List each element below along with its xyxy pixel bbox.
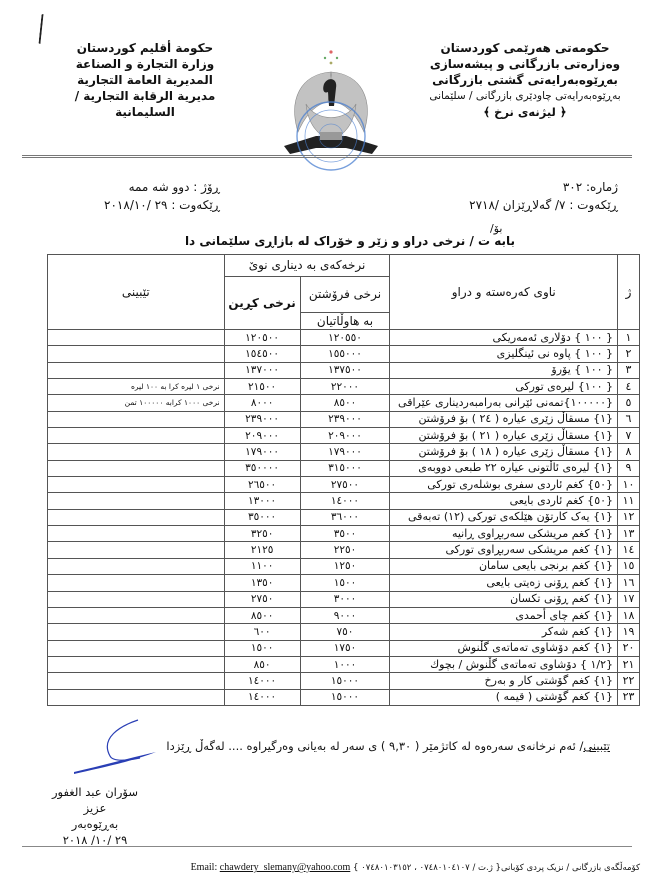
price-table: ژ ناوی کەرەستە و دراو نرخەکەی بە دیناری … (47, 254, 640, 706)
row-note (48, 689, 225, 705)
item-name: { ١٠٠ } یۆرۆ (390, 362, 618, 378)
header-kurdish: حکومەتی هەرێمی کوردستان وەزارەتی بازرگان… (410, 40, 640, 120)
row-number: ١٤ (618, 542, 640, 558)
sell-price: ٢٢٥٠ (300, 542, 390, 558)
footnote-label: تێبینی (583, 739, 610, 753)
row-note (48, 640, 225, 656)
document-subject: بابە ت / نرخی دراو و زێر و خۆراک لە بازا… (150, 234, 550, 248)
row-note (48, 362, 225, 378)
row-note (48, 591, 225, 607)
row-number: ١٦ (618, 575, 640, 591)
item-name: { ١٠٠ } پاوە نی ئینگلیزی (390, 346, 618, 362)
row-number: ٦ (618, 411, 640, 427)
row-number: ٣ (618, 362, 640, 378)
row-note (48, 558, 225, 574)
table-row: ١٣{١} کغم مریشکی سەربڕاوی ڕانیە٣٥٠٠٣٢٥٠ (48, 526, 640, 542)
row-note (48, 607, 225, 623)
row-number: ٢ (618, 346, 640, 362)
header-arabic-line: المديرية العامة التجارية (50, 72, 240, 88)
item-name: {٥٠} کغم ئاردی بایعی (390, 493, 618, 509)
header-arabic-line: حكومة أقليم كوردستان (50, 40, 240, 56)
item-name: {١} کغم برنجی بایعی سامان (390, 558, 618, 574)
sell-price: ٣٥٠٠ (300, 526, 390, 542)
table-row: ٨{١} مسقاڵ زێری عیارە ( ١٨ ) بۆ فرۆشتن١٧… (48, 444, 640, 460)
sell-price: ٣٦٠٠٠ (300, 509, 390, 525)
sell-price: ٢٧٥٠٠ (300, 477, 390, 493)
handwritten-mark (38, 14, 44, 44)
table-row: ٢١{١/٢ } دۆشاوی تەماتەی گڵنوش / بچوك١٠٠٠… (48, 656, 640, 672)
row-number: ٧ (618, 428, 640, 444)
row-number: ١١ (618, 493, 640, 509)
table-row: ١{ ١٠٠ } دۆلاری ئەمەریکی١٢٠٥٥٠١٢٠٥٠٠ (48, 330, 640, 346)
col-header-buy: نرخی کڕین (224, 277, 300, 330)
table-row: ١٧{١} کغم ڕۆنی تکسان٣٠٠٠٢٧٥٠ (48, 591, 640, 607)
price-committee-title: ﴿ لیژنەی نرخ ﴾ (410, 104, 640, 120)
item-name: {١} کغم دۆشاوی تەماتەی گڵنوش (390, 640, 618, 656)
row-number: ١٨ (618, 607, 640, 623)
item-name: {١} کغم چای أحمدی (390, 607, 618, 623)
table-row: ١٥{١} کغم برنجی بایعی سامان١٢٥٠١١٠٠ (48, 558, 640, 574)
buy-price: ٣٥٠٠٠ (224, 509, 300, 525)
row-note (48, 411, 225, 427)
row-note (48, 330, 225, 346)
row-number: ٢٠ (618, 640, 640, 656)
sell-price: ١٥٠٠٠ (300, 689, 390, 705)
sell-price: ١٧٥٠ (300, 640, 390, 656)
row-number: ١٠ (618, 477, 640, 493)
footer-address: کۆمەڵگەی بازرگانی / نزیک پردی کۆبانی{ ژ.… (353, 863, 640, 873)
buy-price: ٢٣٩٠٠٠ (224, 411, 300, 427)
table-row: ٧{١} مسقاڵ زێری عیارە ( ٢١ ) بۆ فرۆشتن٢٠… (48, 428, 640, 444)
row-number: ١٧ (618, 591, 640, 607)
sell-price: ١٣٧٥٠٠ (300, 362, 390, 378)
sell-price: ٢٢٠٠٠ (300, 379, 390, 395)
item-name: {١} مسقاڵ زێری عیارە ( ٢٤ ) بۆ فرۆشتن (390, 411, 618, 427)
row-note (48, 477, 225, 493)
document-number: ژمارە: ٣٠٢ (469, 178, 618, 196)
email-link[interactable]: chawdery_slemany@yahoo.com (220, 862, 351, 873)
document-reference: ژمارە: ٣٠٢ ڕێکەوت : ٧/ گەلاڕێزان /٢٧١٨ (469, 178, 618, 214)
signer-title: بەڕێوەبەر (40, 816, 150, 832)
sell-price: ٢٠٩٠٠٠ (300, 428, 390, 444)
header-kurdish-line: بەڕێوەبەرایەتی چاودێری بازرگانی / سلێمان… (410, 88, 640, 104)
footnote: تێبینی/ ئەم نرخانەی سەرەوە لە کاتژمێر ( … (120, 739, 610, 753)
sell-price: ١٢٥٠ (300, 558, 390, 574)
item-name: {١/٢ } دۆشاوی تەماتەی گڵنوش / بچوك (390, 656, 618, 672)
table-row: ٢٠{١} کغم دۆشاوی تەماتەی گڵنوش١٧٥٠١٥٠٠ (48, 640, 640, 656)
row-number: ٢٣ (618, 689, 640, 705)
table-row: ١٨{١} کغم چای أحمدی٩٠٠٠٨٥٠٠ (48, 607, 640, 623)
sell-price: ٨٥٠٠ (300, 395, 390, 411)
item-name: {١} مسقاڵ زێری عیارە ( ١٨ ) بۆ فرۆشتن (390, 444, 618, 460)
buy-price: ٢٠٩٠٠٠ (224, 428, 300, 444)
row-note: نرخی ١ لیرە کرا بە ١٠٠ لیرە (48, 379, 225, 395)
footer-divider (22, 846, 632, 847)
table-row: ١٢{١} یەک کارتۆن هێلکەی تورکی (١٢) تەبەق… (48, 509, 640, 525)
row-note (48, 624, 225, 640)
item-name: {١} کغم مریشکی سەربڕاوی تورکی (390, 542, 618, 558)
header-arabic-line: وزارة التجارة و الصناعة (50, 56, 240, 72)
table-row: ١٩{١} کغم شەکر٧٥٠٦٠٠ (48, 624, 640, 640)
col-header-name: ناوی کەرەستە و دراو (390, 255, 618, 330)
email-label: Email: (191, 862, 218, 873)
table-row: ٩{١} لیرەی ئاڵتونی عیارە ٢٢ طبعی دووبەی٣… (48, 460, 640, 476)
buy-price: ١٥٤٥٠٠ (224, 346, 300, 362)
sell-price: ٣١٥٠٠٠ (300, 460, 390, 476)
table-row: ١٠{٥٠} کغم ئاردی سفری بوشلەری تورکی٢٧٥٠٠… (48, 477, 640, 493)
sell-price: ٢٣٩٠٠٠ (300, 411, 390, 427)
sell-price: ١٥٥٠٠٠ (300, 346, 390, 362)
header-kurdish-line: بەڕێوەبەرایەتی گشتی بازرگانی (410, 72, 640, 88)
row-number: ٤ (618, 379, 640, 395)
row-number: ١ (618, 330, 640, 346)
buy-price: ١٢٠٥٠٠ (224, 330, 300, 346)
row-number: ٨ (618, 444, 640, 460)
table-row: ٣{ ١٠٠ } یۆرۆ١٣٧٥٠٠١٣٧٠٠٠ (48, 362, 640, 378)
item-name: {١} کغم مریشکی سەربڕاوی ڕانیە (390, 526, 618, 542)
document-day: ڕۆژ : دوو شە ممە (70, 178, 220, 196)
item-name: {٥٠} کغم ئاردی سفری بوشلەری تورکی (390, 477, 618, 493)
sell-price: ٣٠٠٠ (300, 591, 390, 607)
item-name: {١} مسقاڵ زێری عیارە ( ٢١ ) بۆ فرۆشتن (390, 428, 618, 444)
row-note (48, 673, 225, 689)
row-note (48, 346, 225, 362)
buy-price: ١١٠٠ (224, 558, 300, 574)
row-note (48, 428, 225, 444)
header-arabic-line: مديرية الرقابة التجارية / السليمانية (50, 88, 240, 120)
row-note (48, 460, 225, 476)
buy-price: ١٧٩٠٠٠ (224, 444, 300, 460)
buy-price: ١٤٠٠٠ (224, 689, 300, 705)
item-name: {١} لیرەی ئاڵتونی عیارە ٢٢ طبعی دووبەی (390, 460, 618, 476)
sell-price: ١٥٠٠ (300, 575, 390, 591)
signer-name: سۆران عبد الغفور عزیز (40, 784, 150, 816)
row-note: نرخی ١٠٠٠ کرابە ١٠٠٠٠٠ تمن (48, 395, 225, 411)
buy-price: ٨٥٠٠ (224, 607, 300, 623)
sell-price: ١٤٠٠٠ (300, 493, 390, 509)
col-header-sell-sub: بە هاوڵاتیان (300, 313, 390, 330)
buy-price: ٣٥٠٠٠٠ (224, 460, 300, 476)
row-note (48, 542, 225, 558)
signer-block: سۆران عبد الغفور عزیز بەڕێوەبەر ٢٩ /١٠/ … (40, 784, 150, 848)
item-name: {١} یەک کارتۆن هێلکەی تورکی (١٢) تەبەقی (390, 509, 618, 525)
sell-price: ١٠٠٠ (300, 656, 390, 672)
buy-price: ٢٦٥٠٠ (224, 477, 300, 493)
buy-price: ١٣٥٠ (224, 575, 300, 591)
sell-price: ٩٠٠٠ (300, 607, 390, 623)
col-header-note: تێبینی (48, 255, 225, 330)
buy-price: ٣٢٥٠ (224, 526, 300, 542)
item-name: {١} کغم گۆشتی کار و بەرخ (390, 673, 618, 689)
table-row: ٦{١} مسقاڵ زێری عیارە ( ٢٤ ) بۆ فرۆشتن٢٣… (48, 411, 640, 427)
row-note (48, 509, 225, 525)
buy-price: ١٤٠٠٠ (224, 673, 300, 689)
table-row: ٢٣{١} کغم گۆشتی ( قیمە )١٥٠٠٠١٤٠٠٠ (48, 689, 640, 705)
buy-price: ١٣٧٠٠٠ (224, 362, 300, 378)
item-name: { ١٠٠ } دۆلاری ئەمەریکی (390, 330, 618, 346)
header-kurdish-line: وەزارەتی بازرگانی و پیشەسازی (410, 56, 640, 72)
table-row: ٤{ ١٠٠} لیرەی تورکی٢٢٠٠٠٢١٥٠٠نرخی ١ لیرە… (48, 379, 640, 395)
item-name: {١} کغم ڕۆنی تکسان (390, 591, 618, 607)
buy-price: ١٣٠٠٠ (224, 493, 300, 509)
row-note (48, 493, 225, 509)
sell-price: ٧٥٠ (300, 624, 390, 640)
footer-email-block: Email: chawdery_slemany@yahoo.com (191, 862, 351, 873)
item-name: { ١٠٠} لیرەی تورکی (390, 379, 618, 395)
buy-price: ٢١٢٥ (224, 542, 300, 558)
table-row: ١٦{١} کغم ڕۆنی زەیتی بایعی١٥٠٠١٣٥٠ (48, 575, 640, 591)
row-number: ٢٢ (618, 673, 640, 689)
sell-price: ١٥٠٠٠ (300, 673, 390, 689)
buy-price: ٨٥٠ (224, 656, 300, 672)
document-date-kurdish: ڕێکەوت : ٧/ گەلاڕێزان /٢٧١٨ (469, 196, 618, 214)
table-row: ١١{٥٠} کغم ئاردی بایعی١٤٠٠٠١٣٠٠٠ (48, 493, 640, 509)
row-number: ٩ (618, 460, 640, 476)
row-number: ٥ (618, 395, 640, 411)
item-name: {١} کغم گۆشتی ( قیمە ) (390, 689, 618, 705)
table-row: ٢{ ١٠٠ } پاوە نی ئینگلیزی١٥٥٠٠٠١٥٤٥٠٠ (48, 346, 640, 362)
row-number: ١٢ (618, 509, 640, 525)
table-row: ١٤{١} کغم مریشکی سەربڕاوی تورکی٢٢٥٠٢١٢٥ (48, 542, 640, 558)
row-note (48, 656, 225, 672)
table-row: ٢٢{١} کغم گۆشتی کار و بەرخ١٥٠٠٠١٤٠٠٠ (48, 673, 640, 689)
col-header-sell: نرخی فرۆشتن (300, 277, 390, 313)
row-number: ٢١ (618, 656, 640, 672)
col-header-number: ژ (618, 255, 640, 330)
sell-price: ١٢٠٥٥٠ (300, 330, 390, 346)
buy-price: ٦٠٠ (224, 624, 300, 640)
footnote-text: / ئەم نرخانەی سەرەوە لە کاتژمێر ( ٩,٣٠ )… (166, 739, 583, 753)
buy-price: ١٥٠٠ (224, 640, 300, 656)
row-number: ١٥ (618, 558, 640, 574)
item-name: {١٠٠٠٠٠}تمەنی ئێرانی بەرامبەردیناری عێرا… (390, 395, 618, 411)
footer-contact: کۆمەڵگەی بازرگانی / نزیک پردی کۆبانی{ ژ.… (100, 862, 640, 873)
header-divider (22, 155, 632, 158)
buy-price: ٨٠٠٠ (224, 395, 300, 411)
row-note (48, 526, 225, 542)
sell-price: ١٧٩٠٠٠ (300, 444, 390, 460)
document-date-gregorian: ڕێکەوت : ٢٩ /٢٠١٨/١٠ (70, 196, 220, 214)
document-day-date: ڕۆژ : دوو شە ممە ڕێکەوت : ٢٩ /٢٠١٨/١٠ (70, 178, 220, 214)
row-note (48, 575, 225, 591)
table-row: ٥{١٠٠٠٠٠}تمەنی ئێرانی بەرامبەردیناری عێر… (48, 395, 640, 411)
row-number: ١٩ (618, 624, 640, 640)
header-kurdish-line: حکومەتی هەرێمی کوردستان (410, 40, 640, 56)
row-note (48, 444, 225, 460)
buy-price: ٢٧٥٠ (224, 591, 300, 607)
buy-price: ٢١٥٠٠ (224, 379, 300, 395)
col-header-price-group: نرخەکەی بە دیناری نوێ (224, 255, 390, 277)
header-arabic: حكومة أقليم كوردستان وزارة التجارة و الص… (50, 40, 240, 120)
row-number: ١٣ (618, 526, 640, 542)
item-name: {١} کغم شەکر (390, 624, 618, 640)
item-name: {١} کغم ڕۆنی زەیتی بایعی (390, 575, 618, 591)
